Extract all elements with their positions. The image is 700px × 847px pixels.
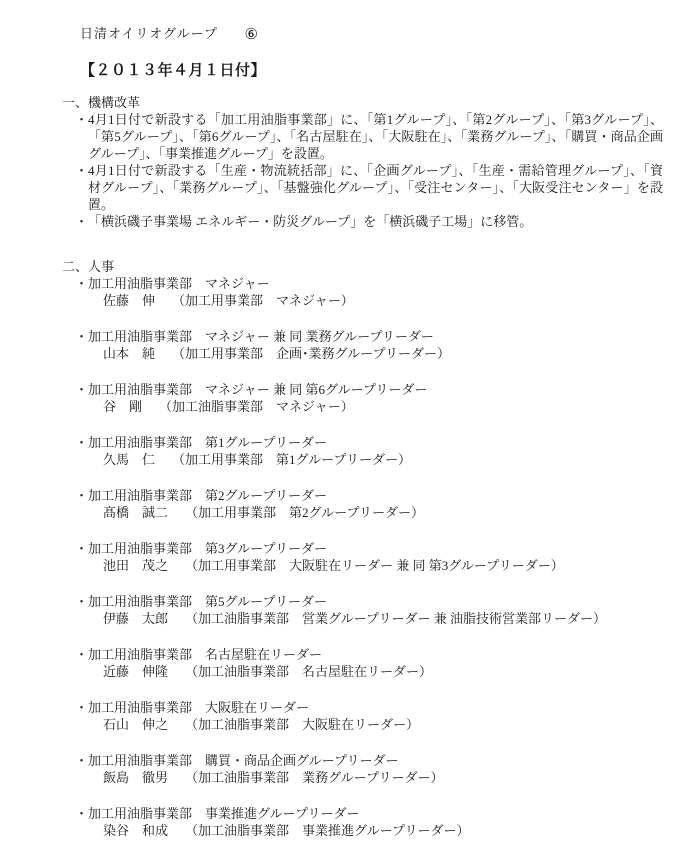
former-position-text: （加工油脂事業部 名古屋駐在リーダー） [185, 664, 432, 679]
personnel-entry: ・加工用油脂事業部 名古屋駐在リーダー 近藤 伸隆（加工油脂事業部 名古屋駐在リ… [75, 646, 700, 680]
position-text: 加工用油脂事業部 マネジャー [88, 276, 270, 291]
personnel-entry: ・加工用油脂事業部 マネジャー 兼 同 第6グループリーダー 谷 剛（加工油脂事… [75, 381, 700, 415]
name-line: 飯島 徹男（加工油脂事業部 業務グループリーダー） [103, 769, 700, 786]
position-line: ・加工用油脂事業部 大阪駐在リーダー [75, 699, 700, 716]
bullet-text: 「横浜磯子事業場 エネルギー・防災グループ」を「横浜磯子工場」に移管。 [88, 214, 532, 229]
person-name: 石山 伸之 [103, 717, 168, 732]
person-name: 山本 純 [103, 346, 155, 361]
former-position-text: （加工油脂事業部 業務グループリーダー） [185, 770, 443, 785]
document-page: 日清オイリオグループ ⑥ 【２０１３年４月１日付】 一、機構改革 ・4月1日付で… [0, 0, 700, 847]
bullet-item: ・4月1日付で新設する「加工用油脂事業部」に、「第1グループ」、「第2グループ」… [75, 111, 663, 162]
position-line: ・加工用油脂事業部 第1グループリーダー [75, 434, 700, 451]
position-text: 加工用油脂事業部 事業推進グループリーダー [88, 806, 359, 821]
section-title-personnel: 二、人事 [62, 258, 700, 275]
personnel-entry: ・加工用油脂事業部 第3グループリーダー 池田 茂之（加工用事業部 大阪駐在リー… [75, 540, 700, 574]
personnel-entry: ・加工用油脂事業部 マネジャー 兼 同 業務グループリーダー 山本 純（加工用事… [75, 328, 700, 362]
date-heading: 【２０１３年４月１日付】 [80, 61, 700, 80]
person-name: 久馬 仁 [103, 452, 155, 467]
bullet-item: ・「横浜磯子事業場 エネルギー・防災グループ」を「横浜磯子工場」に移管。 [75, 213, 663, 230]
name-line: 池田 茂之（加工用事業部 大阪駐在リーダー 兼 同 第3グループリーダー） [103, 557, 700, 574]
bullet-marker: ・ [75, 381, 88, 398]
former-position-text: （加工用事業部 第2グループリーダー） [185, 505, 424, 520]
personnel-entry: ・加工用油脂事業部 第1グループリーダー 久馬 仁（加工用事業部 第1グループリ… [75, 434, 700, 468]
name-line: 久馬 仁（加工用事業部 第1グループリーダー） [103, 451, 700, 468]
bullet-marker: ・ [75, 275, 88, 292]
position-text: 加工用油脂事業部 第1グループリーダー [88, 435, 327, 450]
position-line: ・加工用油脂事業部 マネジャー [75, 275, 700, 292]
name-line: 石山 伸之（加工油脂事業部 大阪駐在リーダー） [103, 716, 700, 733]
position-text: 加工用油脂事業部 第3グループリーダー [88, 541, 327, 556]
former-position-text: （加工油脂事業部 大阪駐在リーダー） [185, 717, 419, 732]
position-line: ・加工用油脂事業部 マネジャー 兼 同 第6グループリーダー [75, 381, 700, 398]
bullet-marker: ・ [75, 434, 88, 451]
name-line: 佐藤 伸（加工用事業部 マネジャー） [103, 292, 700, 309]
former-position-text: （加工用事業部 マネジャー） [172, 293, 354, 308]
personnel-entry: ・加工用油脂事業部 購買・商品企画グループリーダー 飯島 徹男（加工油脂事業部 … [75, 752, 700, 786]
position-text: 加工用油脂事業部 第2グループリーダー [88, 488, 327, 503]
bullet-marker: ・ [75, 805, 88, 822]
company-name: 日清オイリオグループ [80, 26, 218, 41]
name-line: 染谷 和成（加工油脂事業部 事業推進グループリーダー） [103, 822, 700, 839]
bullet-marker: ・ [75, 328, 88, 345]
former-position-text: （加工油脂事業部 営業グループリーダー 兼 油脂技術営業部リーダー） [185, 611, 606, 626]
person-name: 髙橋 誠二 [103, 505, 168, 520]
name-line: 伊藤 太郎（加工油脂事業部 営業グループリーダー 兼 油脂技術営業部リーダー） [103, 610, 700, 627]
position-line: ・加工用油脂事業部 マネジャー 兼 同 業務グループリーダー [75, 328, 700, 345]
person-name: 染谷 和成 [103, 823, 168, 838]
person-name: 谷 剛 [103, 399, 142, 414]
position-text: 加工用油脂事業部 名古屋駐在リーダー [88, 647, 322, 662]
bullet-marker: ・ [75, 487, 88, 504]
person-name: 佐藤 伸 [103, 293, 155, 308]
former-position-text: （加工用事業部 企画･業務グループリーダー） [172, 346, 450, 361]
bullet-marker: ・ [75, 593, 88, 610]
position-text: 加工用油脂事業部 第5グループリーダー [88, 594, 327, 609]
name-line: 近藤 伸隆（加工油脂事業部 名古屋駐在リーダー） [103, 663, 700, 680]
restructure-bullet-list: ・4月1日付で新設する「加工用油脂事業部」に、「第1グループ」、「第2グループ」… [75, 111, 663, 230]
person-name: 近藤 伸隆 [103, 664, 168, 679]
section-title-restructure: 一、機構改革 [62, 94, 700, 111]
position-text: 加工用油脂事業部 購買・商品企画グループリーダー [88, 753, 398, 768]
former-position-text: （加工油脂事業部 マネジャー） [159, 399, 354, 414]
personnel-entry: ・加工用油脂事業部 第5グループリーダー 伊藤 太郎（加工油脂事業部 営業グルー… [75, 593, 700, 627]
personnel-entry: ・加工用油脂事業部 第2グループリーダー 髙橋 誠二（加工用事業部 第2グループ… [75, 487, 700, 521]
position-line: ・加工用油脂事業部 事業推進グループリーダー [75, 805, 700, 822]
bullet-marker: ・ [75, 646, 88, 663]
name-line: 谷 剛（加工油脂事業部 マネジャー） [103, 398, 700, 415]
name-line: 髙橋 誠二（加工用事業部 第2グループリーダー） [103, 504, 700, 521]
position-text: 加工用油脂事業部 マネジャー 兼 同 第6グループリーダー [88, 382, 427, 397]
position-line: ・加工用油脂事業部 第2グループリーダー [75, 487, 700, 504]
position-line: ・加工用油脂事業部 購買・商品企画グループリーダー [75, 752, 700, 769]
page-number-badge: ⑥ [245, 26, 258, 43]
position-line: ・加工用油脂事業部 名古屋駐在リーダー [75, 646, 700, 663]
position-text: 加工用油脂事業部 大阪駐在リーダー [88, 700, 309, 715]
person-name: 伊藤 太郎 [103, 611, 168, 626]
personnel-entry-list: ・加工用油脂事業部 マネジャー 佐藤 伸（加工用事業部 マネジャー） ・加工用油… [75, 275, 700, 839]
bullet-marker: ・ [75, 699, 88, 716]
personnel-entry: ・加工用油脂事業部 大阪駐在リーダー 石山 伸之（加工油脂事業部 大阪駐在リーダ… [75, 699, 700, 733]
position-text: 加工用油脂事業部 マネジャー 兼 同 業務グループリーダー [88, 329, 434, 344]
position-line: ・加工用油脂事業部 第3グループリーダー [75, 540, 700, 557]
personnel-entry: ・加工用油脂事業部 マネジャー 佐藤 伸（加工用事業部 マネジャー） [75, 275, 700, 309]
personnel-entry: ・加工用油脂事業部 事業推進グループリーダー 染谷 和成（加工油脂事業部 事業推… [75, 805, 700, 839]
former-position-text: （加工油脂事業部 事業推進グループリーダー） [185, 823, 469, 838]
bullet-marker: ・ [75, 111, 88, 128]
name-line: 山本 純（加工用事業部 企画･業務グループリーダー） [103, 345, 700, 362]
bullet-text: 4月1日付で新設する「生産・物流統括部」に、「企画グループ」、「生産・需給管理グ… [88, 163, 663, 212]
former-position-text: （加工用事業部 大阪駐在リーダー 兼 同 第3グループリーダー） [185, 558, 564, 573]
person-name: 池田 茂之 [103, 558, 168, 573]
bullet-item: ・4月1日付で新設する「生産・物流統括部」に、「企画グループ」、「生産・需給管理… [75, 162, 663, 213]
former-position-text: （加工用事業部 第1グループリーダー） [172, 452, 411, 467]
bullet-marker: ・ [75, 752, 88, 769]
bullet-marker: ・ [75, 162, 88, 179]
document-header: 日清オイリオグループ ⑥ [80, 25, 700, 43]
bullet-marker: ・ [75, 540, 88, 557]
bullet-text: 4月1日付で新設する「加工用油脂事業部」に、「第1グループ」、「第2グループ」、… [88, 112, 663, 161]
position-line: ・加工用油脂事業部 第5グループリーダー [75, 593, 700, 610]
person-name: 飯島 徹男 [103, 770, 168, 785]
bullet-marker: ・ [75, 213, 88, 230]
